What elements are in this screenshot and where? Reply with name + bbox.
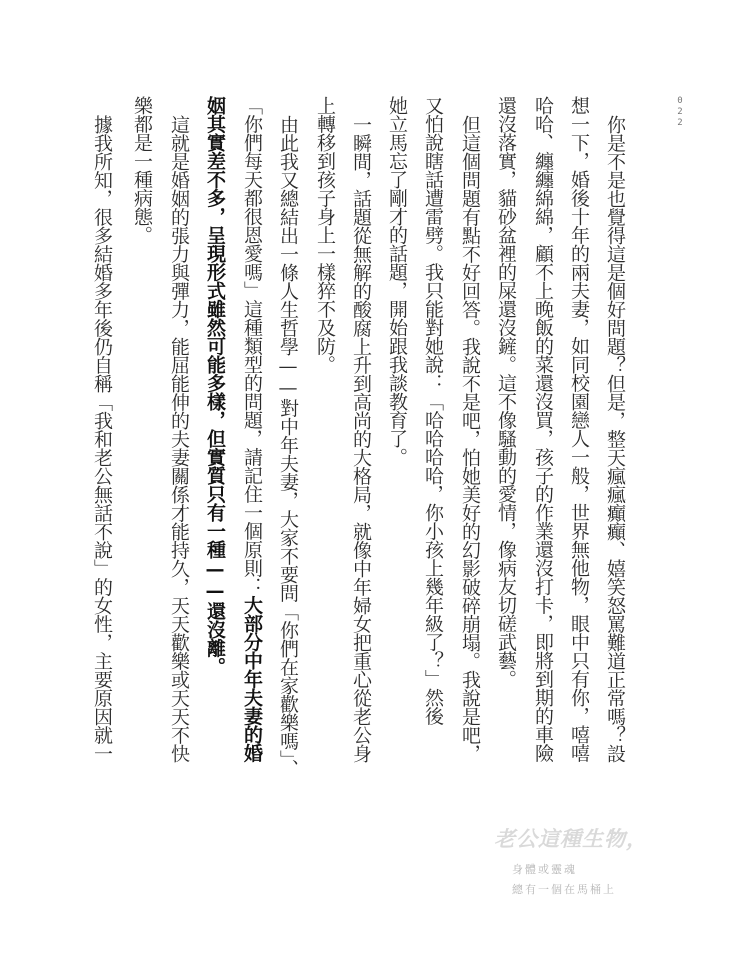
body-text: 哈哈、纏纏綿綿，顧不上晚飯的菜還沒買，孩子的作業還沒打卡，即將到期的車險 [532, 96, 554, 762]
text-column: 由此我又總結出一條人生哲學——對中年夫妻，大家不要問「你們在家歡樂嗎」、 [276, 96, 300, 815]
text-column: 上轉移到孩子身上一樣猝不及防。 [313, 96, 337, 796]
body-text: 這就是婚姻的張力與彈力，能屈能伸的夫妻關係才能持久，天天歡樂或天天不快 [168, 115, 190, 763]
book-subtitle-line-2: 總有一個在馬桶上 [512, 881, 616, 897]
text-column: 樂都是一種病態。 [130, 96, 154, 796]
book-page: 022 你是不是也覺得這是個好問題？但是，整天瘋瘋癲癲、嬉笑怒罵難道正常嗎？設 … [0, 0, 750, 977]
body-text: 「你們每天都很恩愛嗎」這種類型的問題，請記住一個原則： [241, 96, 263, 596]
emphasized-text: 姻其實差不多，呈現形式雖然可能多樣，但實質只有一種——還沒離。 [204, 96, 226, 676]
body-text: 上轉移到孩子身上一樣猝不及防。 [314, 96, 336, 374]
body-text: 一瞬間，話題從無解的酸腐上升到高尚的大格局，就像中年婦女把重心從老公身 [350, 115, 372, 763]
text-column: 但這個問題有點不好回答。我說不是吧，怕她美好的幻影破碎崩塌。我說是吧， [458, 96, 482, 815]
text-column: 「你們每天都很恩愛嗎」這種類型的問題，請記住一個原則：大部分中年夫妻的婚 [240, 96, 264, 796]
text-column: 還沒落實，貓砂盆裡的屎還沒鏟。這不像騷動的愛情，像病友切磋武藝。 [494, 96, 518, 796]
body-text: 但這個問題有點不好回答。我說不是吧，怕她美好的幻影破碎崩塌。我說是吧， [459, 115, 481, 763]
text-column: 據我所知，很多結婚多年後仍自稱「我和老公無話不說」的女性，主要原因就一 [90, 96, 114, 815]
emphasized-text: 大部分中年夫妻的婚 [241, 596, 263, 763]
text-column: 這就是婚姻的張力與彈力，能屈能伸的夫妻關係才能持久，天天歡樂或天天不快 [167, 96, 191, 815]
body-text: 她立馬忘了剛才的話題，開始跟我談教育了。 [386, 96, 408, 466]
text-column: 她立馬忘了剛才的話題，開始跟我談教育了。 [385, 96, 409, 796]
text-column: 一瞬間，話題從無解的酸腐上升到高尚的大格局，就像中年婦女把重心從老公身 [349, 96, 373, 815]
body-text: 你是不是也覺得這是個好問題？但是，整天瘋瘋癲癲、嬉笑怒罵難道正常嗎？設 [604, 115, 626, 763]
book-subtitle-line-1: 身體或靈魂 [512, 861, 577, 877]
body-text: 又怕說瞎話遭雷劈。我只能對她說：「哈哈哈哈，你小孩上幾年級了？」然後 [422, 96, 444, 725]
text-column: 你是不是也覺得這是個好問題？但是，整天瘋瘋癲癲、嬉笑怒罵難道正常嗎？設 [603, 96, 627, 815]
page-number: 022 [673, 96, 685, 129]
text-column: 想一下，婚後十年的兩夫妻，如同校園戀人一般，世界無他物，眼中只有你，嘻嘻 [567, 96, 591, 796]
body-text: 由此我又總結出一條人生哲學——對中年夫妻，大家不要問「你們在家歡樂嗎」、 [277, 115, 299, 778]
body-text: 想一下，婚後十年的兩夫妻，如同校園戀人一般，世界無他物，眼中只有你，嘻嘻 [568, 96, 590, 762]
body-text: 還沒落實，貓砂盆裡的屎還沒鏟。這不像騷動的愛情，像病友切磋武藝。 [495, 96, 517, 688]
text-column: 哈哈、纏纏綿綿，顧不上晚飯的菜還沒買，孩子的作業還沒打卡，即將到期的車險 [531, 96, 555, 796]
body-text: 據我所知，很多結婚多年後仍自稱「我和老公無話不說」的女性，主要原因就一 [91, 115, 113, 763]
text-column: 姻其實差不多，呈現形式雖然可能多樣，但實質只有一種——還沒離。 [203, 96, 227, 796]
text-column: 又怕說瞎話遭雷劈。我只能對她說：「哈哈哈哈，你小孩上幾年級了？」然後 [421, 96, 445, 796]
book-title-watermark: 老公這種生物， [494, 823, 648, 853]
body-text: 樂都是一種病態。 [131, 96, 153, 244]
